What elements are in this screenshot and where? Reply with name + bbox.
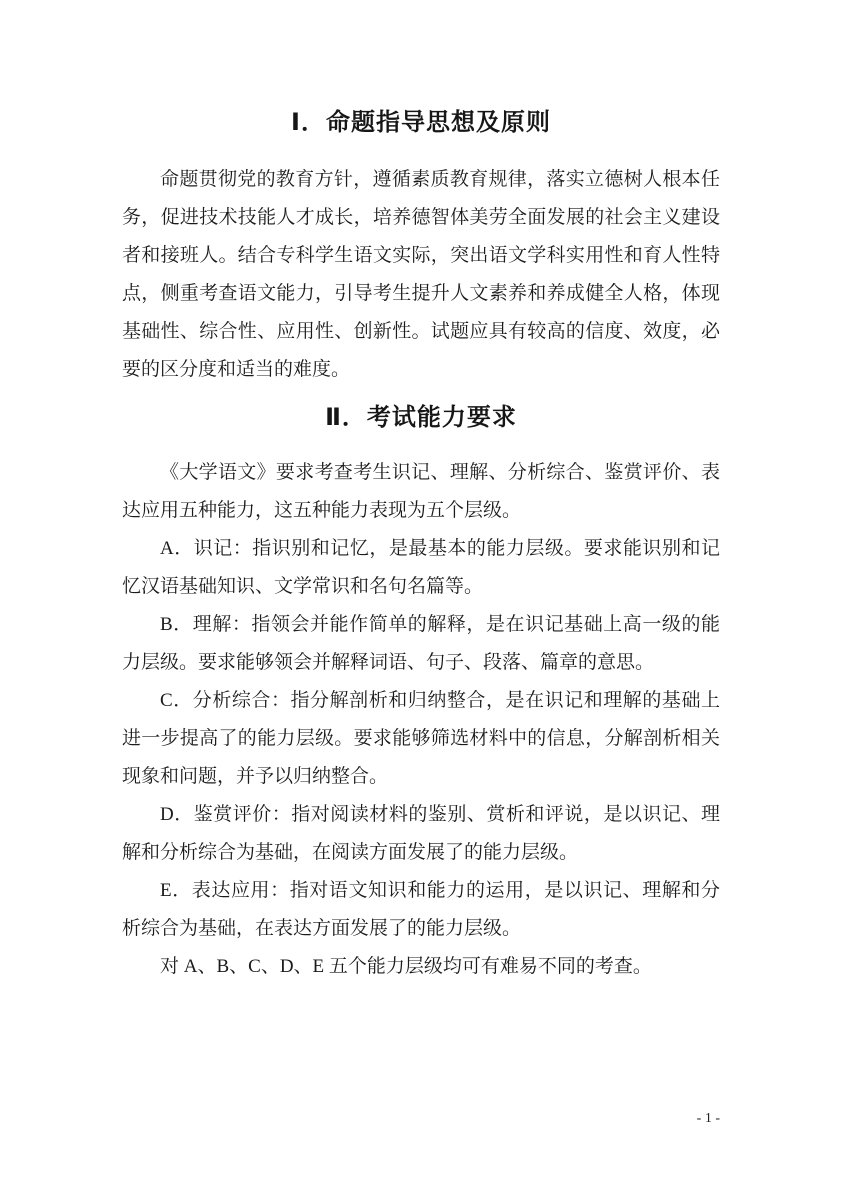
section-2-paragraph-level-e: E．表达应用：指对语文知识和能力的运用，是以识记、理解和分析综合为基础，在表达方…: [122, 872, 720, 948]
section-2-title: Ⅱ．考试能力要求: [122, 401, 720, 435]
page-number: - 1 -: [697, 1110, 720, 1128]
section-2-paragraph-level-d: D．鉴赏评价：指对阅读材料的鉴别、赏析和评说，是以识记、理解和分析综合为基础，在…: [122, 796, 720, 872]
page-content: Ⅰ．命题指导思想及原则 命题贯彻党的教育方针，遵循素质教育规律，落实立德树人根本…: [0, 0, 842, 986]
section-2-paragraph-overview: 《大学语文》要求考查考生识记、理解、分析综合、鉴赏评价、表达应用五种能力，这五种…: [122, 454, 720, 530]
section-2-paragraph-level-c: C．分析综合：指分解剖析和归纳整合，是在识记和理解的基础上进一步提高了的能力层级…: [122, 682, 720, 796]
section-1-title: Ⅰ．命题指导思想及原则: [122, 106, 720, 140]
document-page: Ⅰ．命题指导思想及原则 命题贯彻党的教育方针，遵循素质教育规律，落实立德树人根本…: [0, 0, 842, 1198]
section-1-paragraph-intro: 命题贯彻党的教育方针，遵循素质教育规律，落实立德树人根本任务，促进技术技能人才成…: [122, 161, 720, 389]
section-2-paragraph-level-a: A．识记：指识别和记忆，是最基本的能力层级。要求能识别和记忆汉语基础知识、文学常…: [122, 530, 720, 606]
section-2-paragraph-summary: 对 A、B、C、D、E 五个能力层级均可有难易不同的考查。: [122, 948, 720, 986]
section-2-paragraph-level-b: B．理解：指领会并能作简单的解释，是在识记基础上高一级的能力层级。要求能够领会并…: [122, 606, 720, 682]
